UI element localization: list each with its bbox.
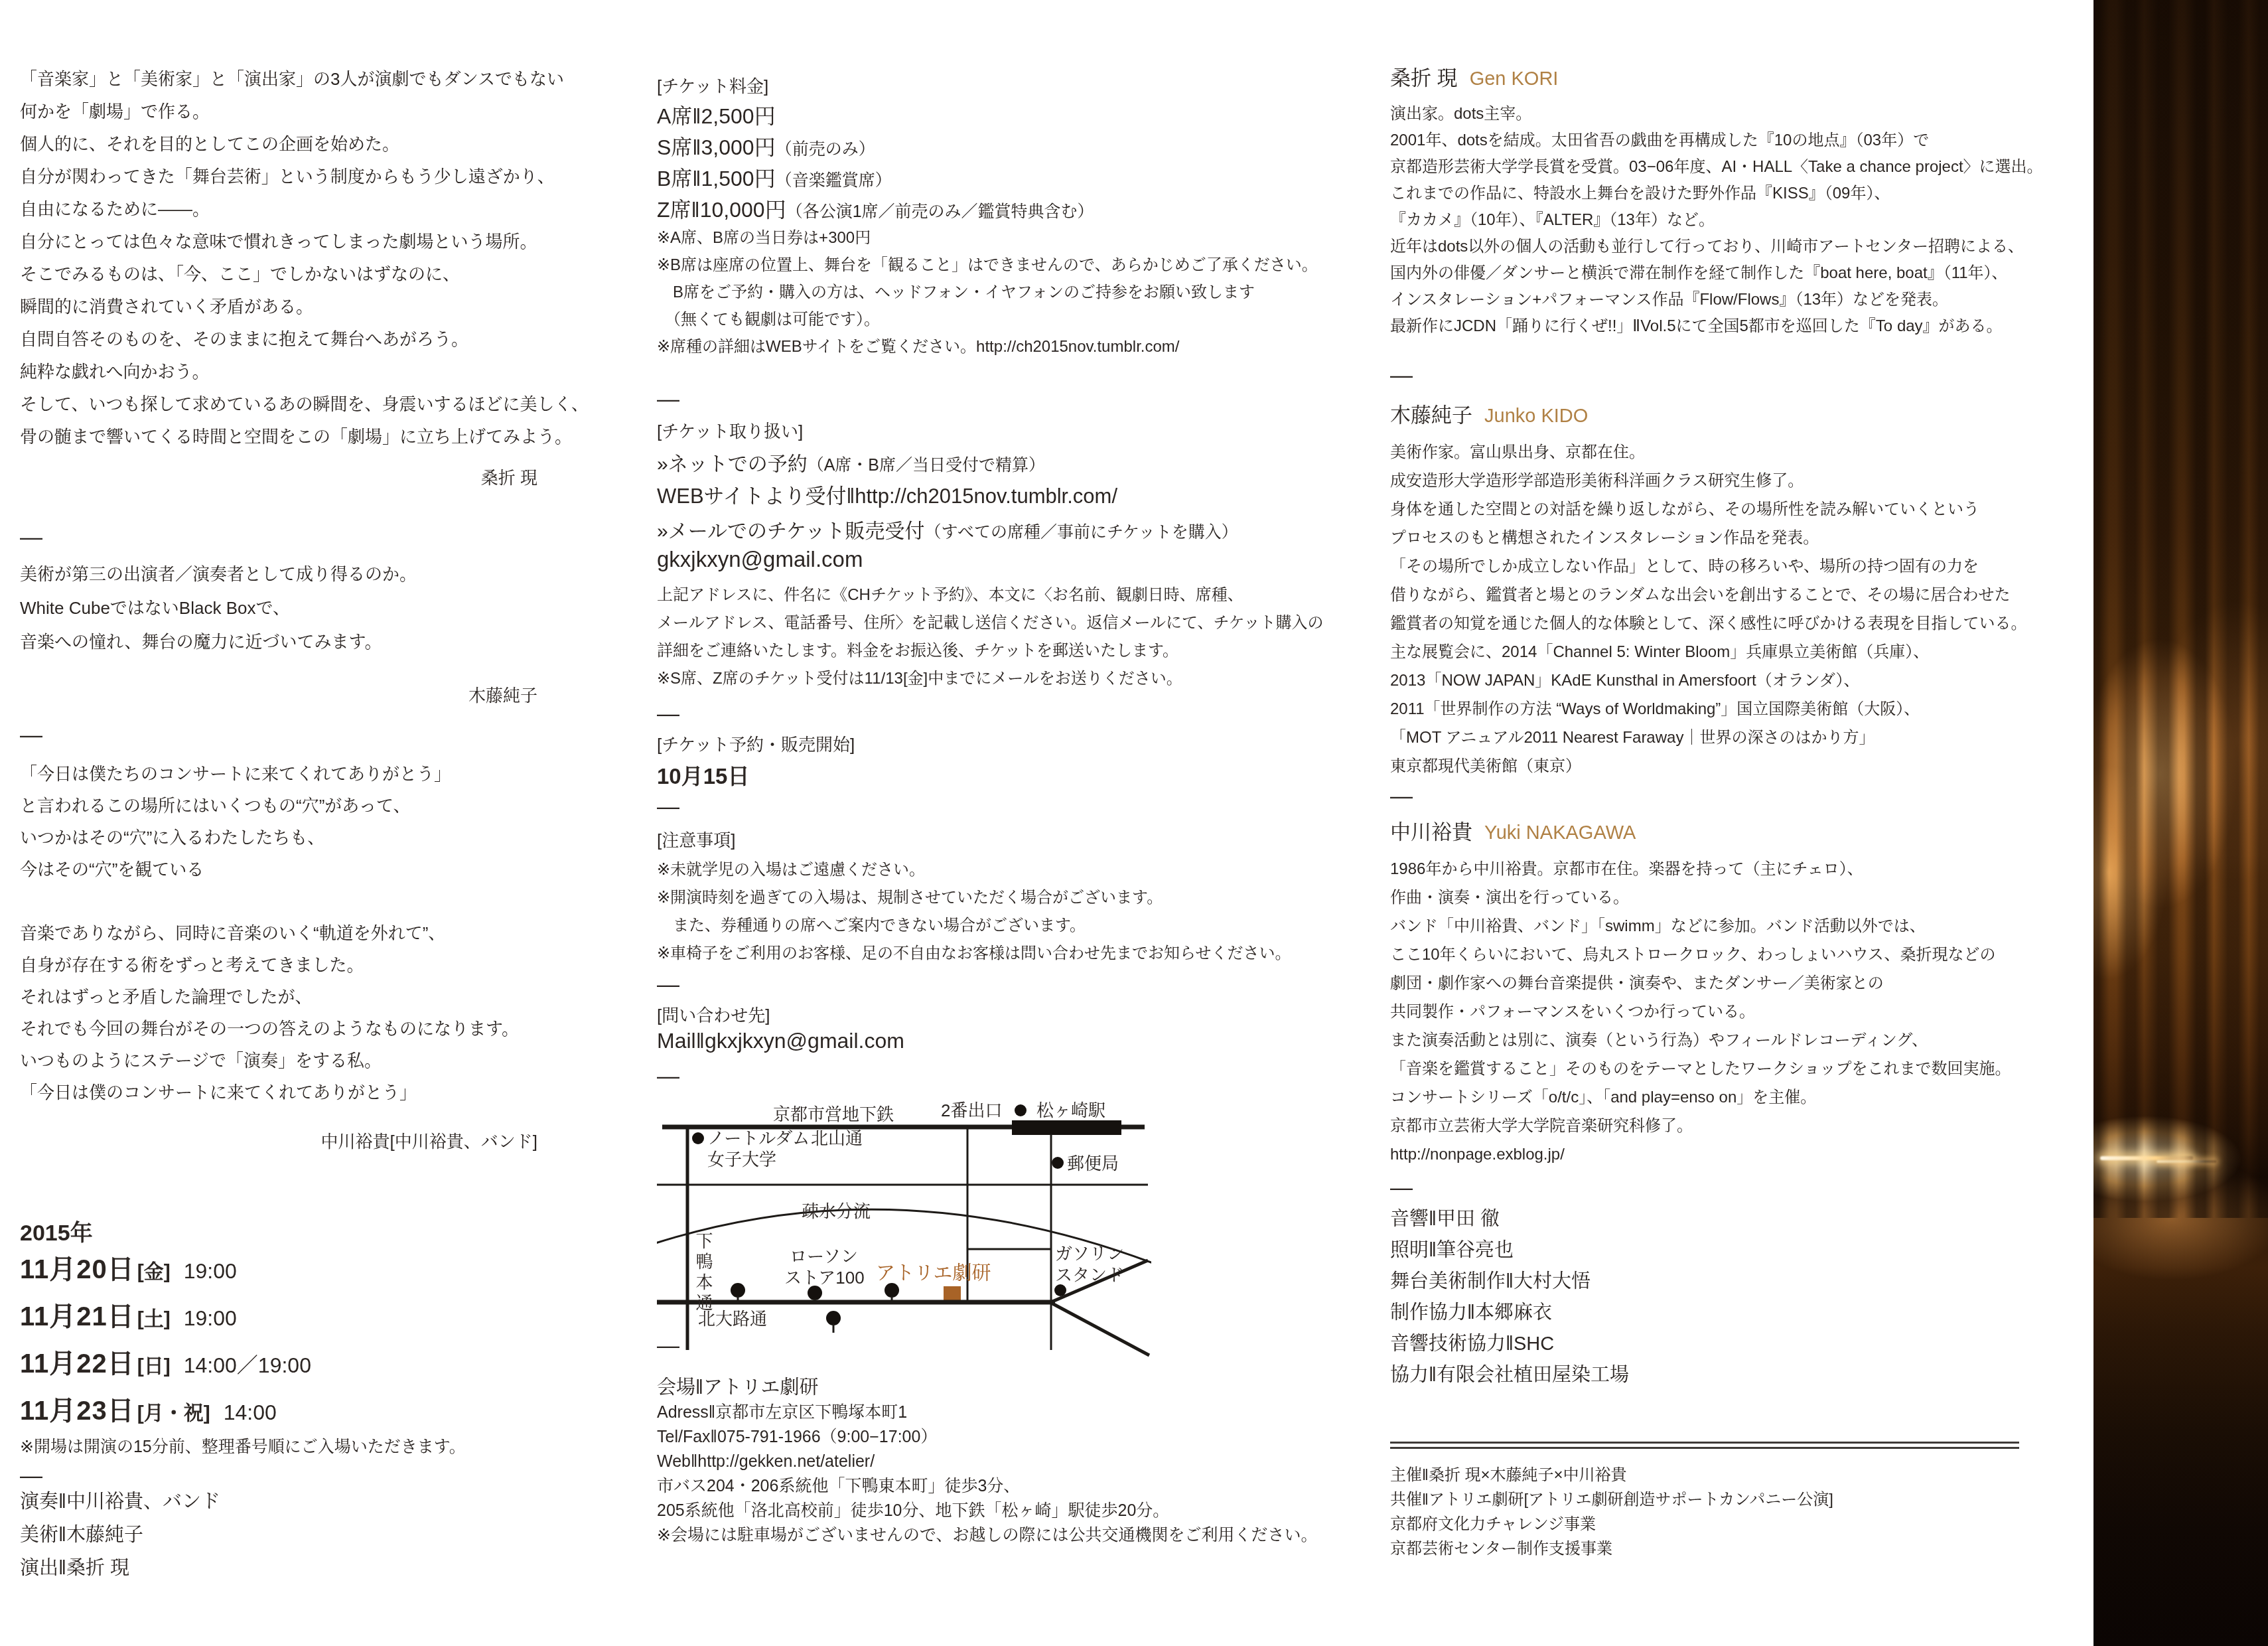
staff-line: 協力‖有限会社植田屋染工場 [1390, 1360, 1629, 1391]
bio-line: バンド「中川裕貴、バンド」「swimm」などに参加。バンド活動以外では、 [1390, 912, 2011, 940]
statement-nakagawa: 「今日は僕たちのコンサートに来てくれてありがとう」と言われるこの場所にはいくつも… [20, 758, 519, 1108]
price-note: （各公演1席／前売のみ／鑑賞特典含む） [786, 202, 1094, 221]
statement-kido: 美術が第三の出演者／演奏者として成り得るのか。White CubeではないBla… [20, 558, 417, 659]
price-main: Z席‖10,000円 [657, 198, 786, 222]
net-reserve: »ネットでの予約 [657, 453, 808, 475]
signature-nakagawa: 中川裕貴[中川裕貴、バンド] [20, 1128, 537, 1153]
net-reserve-line: »ネットでの予約（A席・B席／当日受付で精算） [657, 447, 1045, 477]
statement-line: 瞬間的に消費されていく矛盾がある。 [20, 291, 589, 323]
date: 11月20日 [20, 1255, 135, 1284]
note-line: （無くても観劇は可能です）。 [657, 306, 1318, 333]
statement-line: 自身が存在する術をずっと考えてきました。 [20, 949, 519, 981]
note-line: B席をご予約・購入の方は、ヘッドフォン・イヤフォンのご持参をお願い致します [657, 279, 1318, 306]
name-jp: 木藤純子 [1390, 404, 1472, 427]
date-row: 11月20日[金]19:00 [20, 1246, 311, 1294]
weekday: [土] [135, 1308, 171, 1330]
venue-line: Adress‖京都市左京区下鴨塚本町1 [657, 1400, 1317, 1425]
statement-kori: 「音楽家」と「美術家」と「演出家」の3人が演劇でもダンスでもない何かを「劇場」で… [20, 63, 589, 453]
name-jp: 桑折 現 [1390, 66, 1458, 90]
price-row: Z席‖10,000円（各公演1席／前売のみ／鑑賞特典含む） [657, 194, 1094, 226]
bio-line: ここ10年くらいにおいて、烏丸ストロークロック、わっしょいハウス、桑折現などの [1390, 940, 2011, 969]
statement-line: 純粋な戯れへ向かおう。 [20, 356, 589, 388]
access-map: 京都市営地下鉄 2番出口 松ヶ崎駅 ノートルダム 女子大学 北山通 郵便局 疎水… [657, 1096, 1151, 1369]
price-main: B席‖1,500円 [657, 167, 776, 190]
bio-line: 主な展覧会に、2014「Channel 5: Winter Bloom」兵庫県立… [1390, 638, 2027, 666]
divider: — [657, 795, 679, 818]
performance-dates: 11月20日[金]19:00 11月21日[土]19:00 11月22日[日]1… [20, 1246, 311, 1435]
statement-line: そして、いつも探して求めているあの瞬間を、身震いするほどに美しく、 [20, 388, 589, 421]
date-row: 11月22日[日]14:00／19:00 [20, 1341, 311, 1388]
bio-line: 劇団・劇作家への舞台音楽提供・演奏や、またダンサー／美術家との [1390, 969, 2011, 998]
map-label-subway: 京都市営地下鉄 [773, 1104, 894, 1124]
divider: — [1390, 364, 1413, 386]
statement-line: 「音楽家」と「美術家」と「演出家」の3人が演劇でもダンスでもない [20, 63, 589, 96]
map-label-atelier-gekken: アトリエ劇研 [876, 1262, 991, 1284]
double-rule [1390, 1442, 2019, 1449]
statement-line: 「今日は僕たちのコンサートに来てくれてありがとう」 [20, 758, 519, 790]
statement-line: いつかはその“穴”に入るわたしたちも、 [20, 822, 519, 854]
staff-line: 制作協力‖本郷麻衣 [1390, 1298, 1629, 1329]
entry-note: ※開場は開演の15分前、整理番号順にご入場いただきます。 [20, 1434, 466, 1458]
venue-title: 会場‖アトリエ劇研 [657, 1373, 818, 1400]
venue-line: 市バス204・206系統他「下鴨東本町」徒歩3分、 [657, 1474, 1317, 1499]
statement-line: 「今日は僕のコンサートに来てくれてありがとう」 [20, 1077, 519, 1108]
bio-nakagawa: 1986年から中川裕貴。京都市在住。楽器を持って（主にチェロ）、作曲・演奏・演出… [1390, 855, 2011, 1169]
statement-line: いつものようにステージで「演奏」をする私。 [20, 1045, 519, 1077]
credit-line: 演奏‖中川裕貴、バンド [20, 1485, 220, 1519]
statement-line: 音楽への憧れ、舞台の魔力に近づいてみます。 [20, 625, 417, 659]
map-label-shimogamo: 下鴨本通 [691, 1232, 716, 1314]
statement-line: 何かを「劇場」で作る。 [20, 96, 589, 128]
time: 19:00 [184, 1259, 237, 1283]
bio-line: コンサートシリーズ「o/t/c」、「and play=enso on」を主催。 [1390, 1083, 2011, 1112]
name-romaji: Gen KORI [1470, 68, 1559, 90]
bio-line: また演奏活動とは別に、演奏（という行為）やフィールドレコーディング、 [1390, 1026, 2011, 1055]
bio-line: 「音楽を鑑賞すること」そのものをテーマとしたワークショップをこれまで数回実施。 [1390, 1055, 2011, 1083]
bio-line: 京都市立芸術大学大学院音楽研究科修了。 [1390, 1112, 2011, 1140]
venue-line: 205系統他「洛北高校前」徒歩10分、地下鉄「松ヶ崎」駅徒歩20分。 [657, 1499, 1317, 1523]
note-line: ※席種の詳細はWEBサイトをご覧ください。http://ch2015nov.tu… [657, 333, 1318, 360]
staff-line: 照明‖筆谷亮也 [1390, 1235, 1629, 1266]
credit-line: 演出‖桑折 現 [20, 1552, 220, 1585]
statement-line: それはずっと矛盾した論理でしたが、 [20, 981, 519, 1013]
staff-credits: 音響‖甲田 徹照明‖筆谷亮也舞台美術制作‖大村大悟制作協力‖本郷麻衣音響技術協力… [1390, 1204, 1629, 1391]
statement-line: White CubeではないBlack Boxで、 [20, 591, 417, 625]
bio-line: 借りながら、鑑賞者と場とのランダムな出会いを創出することで、その場に居合わせた [1390, 581, 2027, 609]
statement-line: 美術が第三の出演者／演奏者として成り得るのか。 [20, 558, 417, 591]
weekday: [日] [135, 1355, 171, 1377]
statement-line: それでも今回の舞台がその一つの答えのようなものになります。 [20, 1013, 519, 1045]
instruction-line: 詳細をご連絡いたします。料金をお振込後、チケットを郵送いたします。 [657, 637, 1323, 665]
time: 19:00 [184, 1306, 237, 1330]
venue-line: Tel/Fax‖075-791-1966（9:00−17:00） [657, 1425, 1317, 1450]
weekday: [金] [135, 1261, 171, 1283]
organizer-line: 主催‖桑折 現×木藤純子×中川裕貴 [1390, 1463, 1833, 1487]
university-dot [692, 1132, 704, 1144]
signature-kido: 木藤純子 [20, 682, 537, 707]
bio-kido: 美術作家。富山県出身、京都在住。成安造形大学造形学部造形美術科洋画クラス研究生修… [1390, 438, 2027, 781]
bio-line: 演出家。dots主宰。 [1390, 101, 2043, 127]
divider: — [657, 1065, 679, 1087]
map-label-lawson2: ストア100 [784, 1268, 865, 1288]
divider: — [657, 702, 679, 725]
statement-line: そこでみるものは、「今、ここ」でしかないはずなのに、 [20, 258, 589, 291]
mail-sales-note: （すべての席種／事前にチケットを購入） [924, 523, 1238, 542]
main-credits: 演奏‖中川裕貴、バンド美術‖木藤純子演出‖桑折 現 [20, 1485, 220, 1585]
handling-instructions: 上記アドレスに、件名に《CHチケット予約》、本文に〈お名前、観劇日時、席種、メー… [657, 581, 1323, 693]
statement-line: 個人的に、それを目的としてこの企画を始めた。 [20, 128, 589, 161]
price-notes: ※A席、B席の当日券は+300円※B席は座席の位置上、舞台を「観ること」はできま… [657, 224, 1318, 360]
staff-line: 音響技術協力‖SHC [1390, 1329, 1629, 1360]
organizer-line: 京都芸術センター制作支援事業 [1390, 1536, 1833, 1561]
bio-kori: 演出家。dots主宰。2001年、dotsを結成。太田省吾の戯曲を再構成した『1… [1390, 101, 2043, 340]
divider: — [657, 388, 679, 410]
date-row: 11月23日[月・祝]14:00 [20, 1388, 311, 1435]
person-name-kori: 桑折 現Gen KORI [1390, 65, 1558, 96]
date: 11月23日 [20, 1396, 135, 1426]
divider: — [1390, 1176, 1413, 1199]
price-note: （前売のみ） [776, 140, 875, 159]
venue-line: ※会場には駐車場がございませんので、お越しの際には公共交通機関をご利用ください。 [657, 1523, 1317, 1548]
sales-start-date: 10月15日 [657, 759, 749, 790]
map-label-gas2: スタンド [1055, 1265, 1124, 1285]
bio-line: これまでの作品に、特設水上舞台を設けた野外作品『KISS』（09年）、 [1390, 181, 2043, 207]
venue-info: Adress‖京都市左京区下鴨塚本町1Tel/Fax‖075-791-1966（… [657, 1400, 1317, 1548]
instruction-line: ※S席、Z席のチケット受付は11/13[金]中までにメールをお送りください。 [657, 665, 1323, 693]
statement-line [20, 885, 519, 917]
staff-line: 音響‖甲田 徹 [1390, 1204, 1629, 1235]
venue-line: Web‖http://gekken.net/atelier/ [657, 1450, 1317, 1474]
bio-line: 近年はdots以外の個人の活動も並行して行っており、川崎市アートセンター招聘によ… [1390, 234, 2043, 260]
sales-start-header: [チケット予約・販売開始] [657, 731, 855, 756]
map-label-station: 松ヶ崎駅 [1036, 1100, 1105, 1120]
statement-line: 音楽でありながら、同時に音楽のいく“軌道を外れて”、 [20, 917, 519, 949]
divider: — [657, 1334, 679, 1357]
bio-line: 『カカメ』（10年）、『ALTER』（13年）など。 [1390, 207, 2043, 234]
bio-line: 「その場所でしか成立しない作品」として、時の移ろいや、場所の持つ固有の力を [1390, 552, 2027, 581]
statement-line: 自分が関わってきた「舞台芸術」という制度からもう少し遠ざかり、 [20, 161, 589, 193]
bio-line: 東京都現代美術館（東京） [1390, 752, 2027, 781]
instruction-line: メールアドレス、電話番号、住所〉を記載し送信ください。返信メールにて、チケット購… [657, 609, 1323, 637]
web-reception-line: WEBサイトより受付‖http://ch2015nov.tumblr.com/ [657, 479, 1117, 509]
price-main: A席‖2,500円 [657, 104, 776, 128]
statement-line: 自分にとっては色々な意味で慣れきってしまった劇場という場所。 [20, 226, 589, 258]
signature-kori: 桑折 現 [20, 465, 537, 489]
divider: — [657, 973, 679, 996]
statement-line: 自問自答そのものを、そのままに抱えて舞台へあがろう。 [20, 323, 589, 356]
bio-line: 身体を通した空間との対話を繰り返しながら、その場所性を読み解いていくという [1390, 495, 2027, 524]
access-map-drawing: 京都市営地下鉄 2番出口 松ヶ崎駅 ノートルダム 女子大学 北山通 郵便局 疎水… [657, 1096, 1151, 1369]
performance-year: 2015年 [20, 1215, 93, 1247]
note-line: ※B席は座席の位置上、舞台を「観ること」はできませんので、あらかじめご了承くださ… [657, 252, 1318, 279]
price-main: S席‖3,000円 [657, 135, 776, 159]
map-label-gas1: ガソリン [1055, 1244, 1124, 1264]
bio-line: プロセスのもと構想されたインスタレーション作品を発表。 [1390, 524, 2027, 552]
ticket-handling-header: [チケット取り扱い] [657, 418, 803, 443]
bio-line: 最新作にJCDN「踊りに行くぜ!!」ⅡVol.5にて全国5都市を巡回した『To … [1390, 313, 2043, 340]
notice-line: ※開演時刻を過ぎての入場は、規制させていただく場合がございます。 [657, 884, 1291, 912]
price-note: （音楽鑑賞席） [776, 171, 892, 190]
bio-line: 美術作家。富山県出身、京都在住。 [1390, 438, 2027, 467]
divider: — [20, 1464, 42, 1487]
person-name-kido: 木藤純子Junko KIDO [1390, 402, 1588, 433]
statement-line: 自由になるために――。 [20, 193, 589, 226]
price-row: A席‖2,500円 [657, 101, 1094, 132]
divider: — [20, 526, 42, 548]
bio-line: http://nonpage.exblog.jp/ [1390, 1140, 2011, 1169]
statement-line: 今はその“穴”を観ている [20, 854, 519, 885]
bio-line: 1986年から中川裕貴。京都市在住。楽器を持って（主にチェロ）、 [1390, 855, 2011, 883]
notice-line: ※未就学児の入場はご遠慮ください。 [657, 856, 1291, 884]
notice-line: また、券種通りの席へご案内できない場合がございます。 [657, 912, 1291, 940]
flyer-page: 「音楽家」と「美術家」と「演出家」の3人が演劇でもダンスでもない何かを「劇場」で… [0, 0, 2268, 1646]
ticket-price-header: [チケット料金] [657, 73, 768, 98]
price-row: B席‖1,500円（音楽鑑賞席） [657, 163, 1094, 194]
station-rect [1012, 1120, 1121, 1135]
time: 14:00／19:00 [184, 1353, 311, 1377]
map-label-university1: ノートルダム [707, 1128, 810, 1148]
map-label-lawson1: ローソン [790, 1246, 858, 1266]
notices: ※未就学児の入場はご遠慮ください。※開演時刻を過ぎての入場は、規制させていただく… [657, 856, 1291, 968]
name-romaji: Junko KIDO [1484, 406, 1588, 427]
lamp-glow-icon [2157, 1160, 2216, 1163]
staff-line: 舞台美術制作‖大村大悟 [1390, 1266, 1629, 1298]
date-row: 11月21日[土]19:00 [20, 1294, 311, 1341]
contact-header: [問い合わせ先] [657, 1002, 770, 1027]
organizer-line: 共催‖アトリエ劇研[アトリエ劇研創造サポートカンパニー公演] [1390, 1487, 1833, 1512]
person-name-nakagawa: 中川裕貴Yuki NAKAGAWA [1390, 819, 1636, 850]
map-label-exit: 2番出口 [941, 1100, 1002, 1120]
ticket-prices: A席‖2,500円 S席‖3,000円（前売のみ） B席‖1,500円（音楽鑑賞… [657, 101, 1094, 226]
exit-dot [1015, 1104, 1027, 1116]
date: 11月22日 [20, 1349, 135, 1379]
notice-line: ※車椅子をご利用のお客様、足の不自由なお客様は問い合わせ先までお知らせください。 [657, 940, 1291, 968]
price-row: S席‖3,000円（前売のみ） [657, 132, 1094, 163]
name-jp: 中川裕貴 [1390, 820, 1472, 844]
map-label-canal: 疎水分流 [802, 1201, 871, 1221]
mail-sales-line: »メールでのチケット販売受付（すべての席種／事前にチケットを購入） [657, 514, 1238, 544]
bio-line: 作曲・演奏・演出を行っている。 [1390, 883, 2011, 912]
statement-line: 骨の髄まで響いてくる時間と空間をこの「劇場」に立ち上げてみよう。 [20, 421, 589, 453]
bio-line: インスタレーション+パフォーマンス作品『Flow/Flows』（13年）などを発… [1390, 287, 2043, 313]
map-label-university2: 女子大学 [707, 1150, 776, 1169]
curtain-photo [2093, 0, 2268, 1646]
bio-line: 鑑賞者の知覚を通じた個人的な体験として、深く感性に呼びかける表現を目指している。 [1390, 609, 2027, 638]
statement-line: と言われるこの場所にはいくつもの“穴”があって、 [20, 790, 519, 822]
post-office-dot [1052, 1157, 1064, 1169]
fork-road-down [1052, 1304, 1149, 1355]
bio-line: 2001年、dotsを結成。太田省吾の戯曲を再構成した『10の地点』（03年）で [1390, 127, 2043, 154]
note-line: ※A席、B席の当日券は+300円 [657, 224, 1318, 252]
bio-line: 「MOT アニュアル2011 Nearest Faraway｜世界の深さのはかり… [1390, 723, 2027, 752]
divider: — [20, 723, 42, 746]
bio-line: 2013「NOW JAPAN」KAdE Kunsthal in Amersfoo… [1390, 666, 2027, 695]
gas-station-dot [1054, 1284, 1066, 1296]
contact-mail: Mail‖gkxjkxyn@gmail.com [657, 1029, 904, 1053]
bio-line: 京都造形芸術大学学長賞を受賞。03−06年度、AI・HALL〈Take a ch… [1390, 154, 2043, 181]
divider: — [1390, 785, 1413, 807]
organizer-line: 京都府文化力チャレンジ事業 [1390, 1512, 1833, 1536]
bio-line: 成安造形大学造形学部造形美術科洋画クラス研究生修了。 [1390, 467, 2027, 495]
map-label-post-office: 郵便局 [1067, 1154, 1119, 1173]
ticket-email: gkxjkxyn@gmail.com [657, 547, 863, 572]
organizer-credits: 主催‖桑折 現×木藤純子×中川裕貴共催‖アトリエ劇研[アトリエ劇研創造サポートカ… [1390, 1463, 1833, 1561]
mail-sales: »メールでのチケット販売受付 [657, 520, 924, 542]
date: 11月21日 [20, 1302, 135, 1331]
name-romaji: Yuki NAKAGAWA [1484, 822, 1636, 844]
bio-line: 2011「世界制作の方法 “Ways of Worldmaking”」国立国際美… [1390, 695, 2027, 723]
instruction-line: 上記アドレスに、件名に《CHチケット予約》、本文に〈お名前、観劇日時、席種、 [657, 581, 1323, 609]
bio-line: 共同製作・パフォーマンスをいくつか行っている。 [1390, 998, 2011, 1026]
weekday: [月・祝] [135, 1402, 210, 1424]
credit-line: 美術‖木藤純子 [20, 1519, 220, 1552]
map-label-kitayama: 北山通 [811, 1128, 863, 1148]
bio-line: 国内外の俳優／ダンサーと横浜で滞在制作を経て制作した『boat here, bo… [1390, 260, 2043, 287]
notice-header: [注意事項] [657, 827, 735, 852]
time: 14:00 [224, 1400, 277, 1424]
net-reserve-note: （A席・B席／当日受付で精算） [808, 456, 1045, 475]
